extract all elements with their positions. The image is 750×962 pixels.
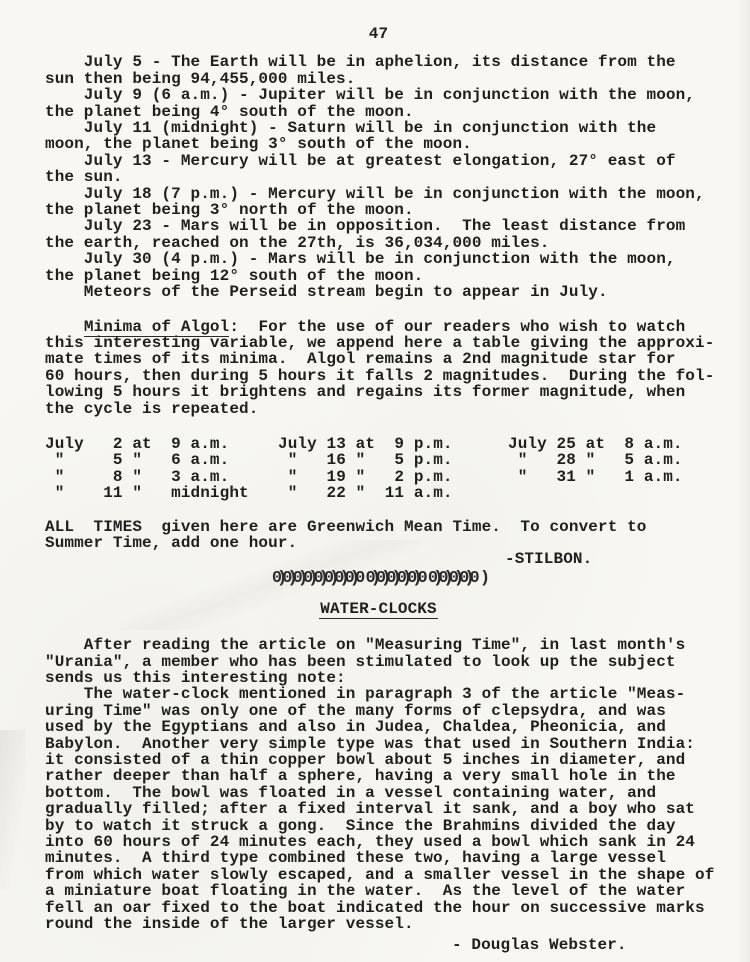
greenwich-time-note: ALL TIMES given here are Greenwich Mean …: [45, 519, 712, 552]
algol-table-column-3: July 25 at 8 a.m. " 28 " 5 a.m. " 31 " 1…: [508, 436, 712, 502]
algol-table-column-2: July 13 at 9 p.m. " 16 " 5 p.m. " 19 " 2…: [278, 436, 508, 502]
water-clocks-note-paragraph: The water-clock mentioned in paragraph 3…: [45, 686, 712, 932]
algol-paragraph: Minima of Algol: For the use of our read…: [45, 319, 712, 417]
scan-artifact: [0, 730, 26, 890]
astro-note-july-5: July 5 - The Earth will be in aphelion, …: [45, 54, 712, 87]
typewriter-divider-ornament: 0)0)0)0)0)0)0)0)0 0)0)0)0)0)0 0)0)0)0)0 …: [45, 570, 712, 588]
astro-note-perseids: Meteors of the Perseid stream begin to a…: [45, 284, 712, 300]
astro-note-july-11: July 11 (midnight) - Saturn will be in c…: [45, 120, 712, 153]
water-clocks-heading: WATER-CLOCKS: [319, 601, 437, 619]
page-number: 47: [45, 26, 712, 42]
algol-minima-table: July 2 at 9 a.m. " 5 " 6 a.m. " 8 " 3 a.…: [45, 436, 712, 502]
water-clocks-heading-row: WATER-CLOCKS: [45, 601, 712, 619]
water-clocks-intro-paragraph: After reading the article on "Measuring …: [45, 637, 712, 686]
astro-note-july-18: July 18 (7 p.m.) - Mercury will be in co…: [45, 186, 712, 219]
water-clocks-section: WATER-CLOCKS After reading the article o…: [45, 601, 712, 953]
webster-signature: - Douglas Webster.: [45, 937, 712, 953]
astro-note-july-30: July 30 (4 p.m.) - Mars will be in conju…: [45, 251, 712, 284]
scan-artifact: [736, 0, 750, 962]
minima-of-algol-section: Minima of Algol: For the use of our read…: [45, 319, 712, 568]
astronomy-notes-section: July 5 - The Earth will be in aphelion, …: [45, 54, 712, 300]
paragraph-indent: [45, 318, 84, 336]
stilbon-signature: -STILBON.: [45, 551, 712, 567]
astro-note-july-23: July 23 - Mars will be in opposition. Th…: [45, 218, 712, 251]
astro-note-july-9: July 9 (6 a.m.) - Jupiter will be in con…: [45, 87, 712, 120]
astro-note-july-13: July 13 - Mercury will be at greatest el…: [45, 153, 712, 186]
scanned-newsletter-page: 47 July 5 - The Earth will be in aphelio…: [0, 0, 750, 962]
algol-table-column-1: July 2 at 9 a.m. " 5 " 6 a.m. " 8 " 3 a.…: [45, 436, 278, 502]
